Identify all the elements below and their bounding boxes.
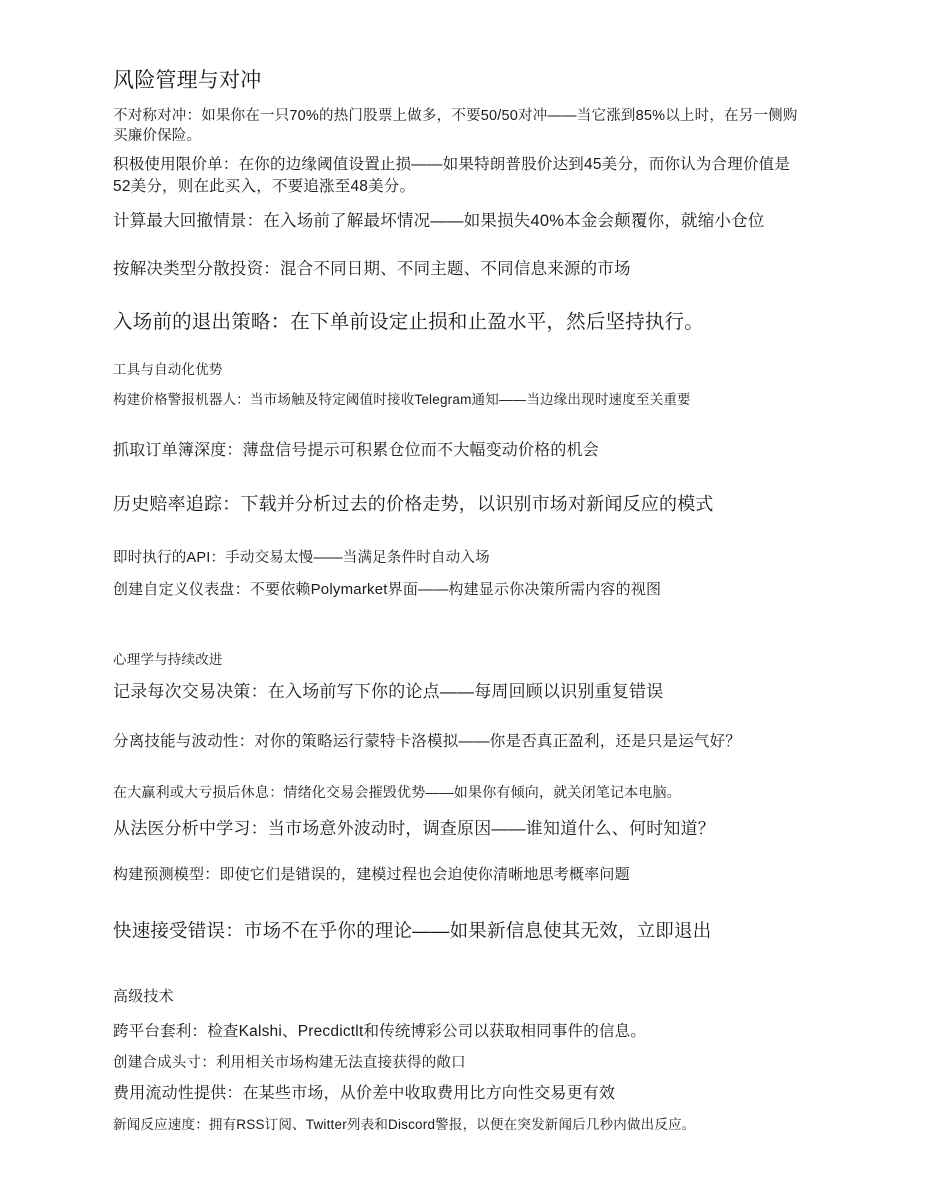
tip-cross-platform-arbitrage: 跨平台套利：检查Kalshi、Precdictlt和传统博彩公司以获取相同事件的… [113,1021,805,1043]
section-heading-psychology: 心理学与持续改进 [113,651,805,670]
section-heading-risk-management: 风险管理与对冲 [113,66,805,95]
tip-price-alert-bot: 构建价格警报机器人：当市场触及特定阈值时接收Telegram通知——当边缘出现时… [113,391,805,410]
tip-build-models: 构建预测模型：即使它们是错误的，建模过程也会迫使你清晰地思考概率问题 [113,864,805,885]
tip-asymmetric-hedge: 不对称对冲：如果你在一只70%的热门股票上做多，不要50/50对冲——当它涨到8… [113,106,805,147]
tip-diversify-by-resolution: 按解决类型分散投资：混合不同日期、不同主题、不同信息来源的市场 [113,258,805,281]
document-page: 风险管理与对冲 不对称对冲：如果你在一只70%的热门股票上做多，不要50/50对… [0,0,932,1200]
tip-max-drawdown: 计算最大回撤情景：在入场前了解最坏情况——如果损失40%本金会颠覆你，就缩小仓位 [113,210,805,233]
section-heading-tools-automation: 工具与自动化优势 [113,361,805,380]
tip-exit-strategy: 入场前的退出策略：在下单前设定止损和止盈水平，然后坚持执行。 [113,309,805,336]
tip-skill-vs-variance: 分离技能与波动性：对你的策略运行蒙特卡洛模拟——你是否真正盈利，还是只是运气好？ [113,731,805,753]
section-heading-advanced: 高级技术 [113,986,805,1007]
tip-break-after-swings: 在大赢利或大亏损后休息：情绪化交易会摧毁优势——如果你有倾向，就关闭笔记本电脑。 [113,783,805,803]
tip-custom-dashboard: 创建自定义仪表盘：不要依赖Polymarket界面——构建显示你决策所需内容的视… [113,579,805,600]
tip-accept-mistakes: 快速接受错误：市场不在乎你的理论——如果新信息使其无效，立即退出 [113,918,805,944]
tip-historical-odds: 历史赔率追踪：下载并分析过去的价格走势，以识别市场对新闻反应的模式 [113,492,805,517]
tip-liquidity-provision: 费用流动性提供：在某些市场，从价差中收取费用比方向性交易更有效 [113,1083,805,1105]
tip-journal-trades: 记录每次交易决策：在入场前写下你的论点——每周回顾以识别重复错误 [113,680,805,704]
tip-forensic-analysis: 从法医分析中学习：当市场意外波动时，调查原因——谁知道什么、何时知道？ [113,817,805,841]
tip-orderbook-depth: 抓取订单簿深度：薄盘信号提示可积累仓位而不大幅变动价格的机会 [113,440,805,462]
tip-synthetic-positions: 创建合成头寸：利用相关市场构建无法直接获得的敞口 [113,1053,805,1073]
tip-news-reaction-speed: 新闻反应速度：拥有RSS订阅、Twitter列表和Discord警报，以便在突发… [113,1116,805,1135]
tip-limit-orders: 积极使用限价单：在你的边缘阈值设置止损——如果特朗普股价达到45美分，而你认为合… [113,154,805,197]
tip-instant-api: 即时执行的API：手动交易太慢——当满足条件时自动入场 [113,548,805,568]
